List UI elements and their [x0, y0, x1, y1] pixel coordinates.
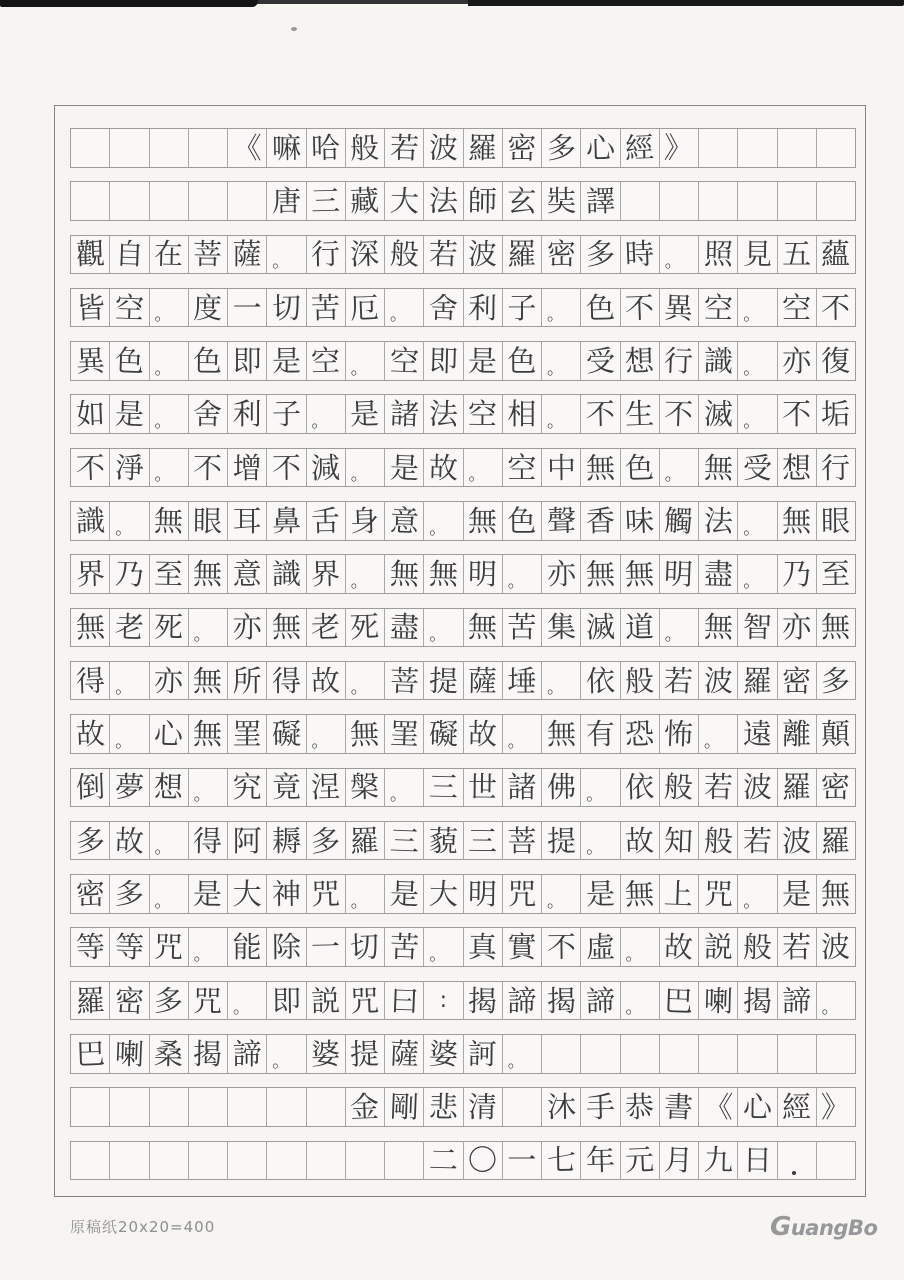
handwritten-character: 波 — [428, 128, 458, 167]
handwritten-character: 咒 — [507, 875, 536, 913]
grid-row: 無老死。亦無老死盡。無苦集滅道。無智亦無 — [70, 608, 856, 648]
handwritten-character: 恭 — [624, 1088, 654, 1127]
grid-cell: 知 — [660, 822, 699, 860]
grid-cell: 意 — [228, 555, 267, 593]
handwritten-character: 薩 — [389, 1034, 419, 1073]
grid-cell: 不 — [542, 928, 581, 966]
handwritten-character: 虛 — [585, 928, 615, 967]
handwritten-character: 罣 — [389, 714, 419, 753]
grid-cell: 。 — [581, 769, 620, 807]
grid-row: 故。心無罣礙。無罣礙故。無有恐怖。遠離顛 — [70, 714, 856, 754]
grid-cell: 若 — [660, 662, 699, 700]
handwritten-character: 意 — [389, 501, 419, 540]
grid-cell — [71, 129, 110, 167]
handwritten-character: 剛 — [389, 1088, 419, 1127]
grid-cell: 。 — [346, 662, 385, 700]
grid-cell — [738, 129, 777, 167]
handwritten-character: 竟 — [272, 768, 301, 806]
grid-cell: 無 — [464, 609, 503, 647]
handwritten-character: 度 — [193, 288, 222, 326]
handwritten-character: 無 — [389, 555, 419, 594]
grid-cell: 槃 — [346, 769, 385, 807]
grid-cell: 羅 — [346, 822, 385, 860]
handwritten-character: 除 — [272, 928, 301, 966]
grid-cell: 增 — [228, 449, 267, 487]
handwritten-character: 老 — [311, 608, 341, 647]
grid-cell: 是 — [385, 449, 424, 487]
grid-cell: 味 — [621, 502, 660, 540]
grid-cell: 色 — [503, 342, 542, 380]
grid-cell: 。 — [424, 928, 463, 966]
grid-cell: 中 — [542, 449, 581, 487]
handwritten-character: 心 — [743, 1088, 772, 1126]
grid-cell: 羅 — [464, 129, 503, 167]
grid-cell: 蘊 — [817, 236, 855, 274]
handwritten-character: 巴 — [75, 1034, 105, 1073]
grid-cell: 。 — [464, 449, 503, 487]
handwritten-character: 哈 — [311, 128, 341, 167]
handwritten-character: 真 — [468, 928, 497, 966]
handwritten-character: 乃 — [114, 555, 144, 594]
grid-cell: 滅 — [699, 395, 738, 433]
handwritten-character: 多 — [114, 874, 144, 913]
handwritten-character: 波 — [703, 661, 733, 700]
handwritten-character: 七 — [546, 1141, 575, 1179]
grid-cell: 。 — [346, 449, 385, 487]
grid-cell: 竟 — [267, 769, 306, 807]
grid-cell: 。 — [503, 1035, 542, 1073]
handwritten-character: 無 — [624, 555, 654, 594]
grid-cell: 。 — [189, 609, 228, 647]
handwritten-character: 老 — [114, 608, 144, 647]
handwritten-character: 是 — [193, 875, 222, 913]
grid-cell: 識 — [699, 342, 738, 380]
grid-cell: 〇 — [464, 1142, 503, 1180]
grid-cell: 色 — [621, 449, 660, 487]
handwritten-character: 色 — [585, 288, 615, 327]
grid-cell — [307, 1088, 346, 1126]
grid-cell: 。 — [150, 449, 189, 487]
grid-cell: 不 — [660, 395, 699, 433]
handwritten-character: 依 — [585, 661, 615, 700]
handwritten-character: 觸 — [664, 501, 694, 540]
grid-cell: 沐 — [542, 1088, 581, 1126]
grid-cell: 月 — [660, 1142, 699, 1180]
handwritten-character: 密 — [75, 874, 105, 913]
grid-cell: 無 — [189, 662, 228, 700]
grid-cell: 悲 — [424, 1088, 463, 1126]
grid-cell: 世 — [464, 769, 503, 807]
handwritten-character: 等 — [114, 928, 144, 967]
handwritten-character: 密 — [507, 129, 536, 167]
grid-cell: 無 — [621, 875, 660, 913]
grid-cell: 真 — [464, 928, 503, 966]
grid-cell: 般 — [385, 236, 424, 274]
handwritten-character: 是 — [272, 342, 301, 380]
grid-cell: 行 — [307, 236, 346, 274]
grid-cell: 苦 — [385, 928, 424, 966]
handwritten-character: 子 — [272, 395, 301, 433]
grid-cell: 時 — [621, 236, 660, 274]
handwritten-character: 咒 — [703, 875, 733, 914]
grid-cell: 所 — [228, 662, 267, 700]
handwritten-character: 究 — [233, 768, 262, 806]
grid-cell: 。 — [307, 395, 346, 433]
handwritten-character: 故 — [114, 821, 144, 860]
handwritten-character: 三 — [428, 768, 458, 807]
handwritten-punctuation: 。 — [272, 254, 289, 271]
grid-cell: 如 — [71, 395, 110, 433]
handwritten-character: 色 — [507, 502, 536, 540]
grid-cell: 識 — [267, 555, 306, 593]
handwritten-character: 揭 — [193, 1035, 222, 1073]
grid-cell: 》 — [817, 1088, 855, 1126]
grid-cell: 阿 — [228, 822, 267, 860]
grid-cell: 空 — [699, 289, 738, 327]
handwritten-character: 上 — [664, 874, 694, 913]
grid-cell: 。 — [581, 822, 620, 860]
handwritten-character: 識 — [703, 342, 733, 381]
handwritten-character: 諸 — [507, 768, 536, 806]
grid-cell: 。 — [150, 342, 189, 380]
grid-cell: 故 — [424, 449, 463, 487]
grid-cell — [150, 1088, 189, 1126]
grid-row: 倒夢想。究竟涅槃。三世諸佛。依般若波羅密 — [70, 768, 856, 808]
grid-cell: 香 — [581, 502, 620, 540]
handwritten-character: 埵 — [507, 662, 536, 700]
grid-cell — [778, 182, 817, 220]
handwritten-character: 自 — [114, 235, 144, 274]
handwritten-character: 月 — [664, 1141, 694, 1180]
handwritten-character: 識 — [75, 501, 105, 540]
handwritten-punctuation: 。 — [822, 1000, 839, 1017]
handwritten-punctuation: 。 — [155, 467, 172, 484]
grid-cell: 菩 — [503, 822, 542, 860]
grid-cell: 無 — [189, 555, 228, 593]
grid-cell — [228, 1142, 267, 1180]
grid-row: 異色。色即是空。空即是色。受想行識。亦復 — [70, 341, 856, 381]
grid-cell: 不 — [581, 395, 620, 433]
handwritten-character: 時 — [624, 235, 654, 274]
handwritten-character: 空 — [311, 342, 341, 381]
grid-cell: 。 — [738, 875, 777, 913]
handwritten-character: 無 — [624, 874, 654, 913]
grid-cell: 恭 — [621, 1088, 660, 1126]
grid-cell: 經 — [621, 129, 660, 167]
handwritten-punctuation: 。 — [626, 1000, 643, 1017]
handwritten-character: 盡 — [389, 608, 419, 647]
grid-cell — [817, 1035, 855, 1073]
grid-cell: 乃 — [110, 555, 149, 593]
handwritten-character: 行 — [821, 448, 850, 486]
handwritten-character: 三 — [389, 821, 419, 860]
handwritten-punctuation: 。 — [547, 361, 564, 378]
grid-cell: 無 — [150, 502, 189, 540]
handwritten-character: 》 — [664, 128, 694, 167]
grid-cell: 死 — [150, 609, 189, 647]
handwritten-character: 明 — [468, 555, 497, 593]
handwritten-character: 空 — [782, 289, 811, 327]
grid-cell — [778, 129, 817, 167]
grid-cell: 鼻 — [267, 502, 306, 540]
grid-cell: 罣 — [385, 715, 424, 753]
grid-cell: 想 — [778, 449, 817, 487]
grid-cell: 相 — [503, 395, 542, 433]
handwritten-punctuation: 。 — [586, 787, 603, 804]
handwritten-character: 〇 — [468, 1141, 497, 1179]
handwritten-character: 耨 — [272, 821, 301, 859]
handwritten-character: 説 — [703, 928, 733, 967]
grid-cell — [189, 182, 228, 220]
grid-cell: 遠 — [738, 715, 777, 753]
handwritten-character: 若 — [743, 821, 772, 859]
grid-row: 多故。得阿耨多羅三藐三菩提。故知般若波羅 — [70, 821, 856, 861]
handwritten-character: 大 — [233, 875, 262, 913]
grid-cell: 密 — [778, 662, 817, 700]
grid-cell: 亦 — [778, 342, 817, 380]
grid-cell: 揭 — [189, 1035, 228, 1073]
handwritten-character: 菩 — [193, 235, 222, 273]
handwritten-character: 密 — [821, 768, 850, 806]
handwritten-character: 薩 — [233, 235, 262, 273]
manuscript-grid: 《嘛哈般若波羅密多心經》唐三藏大法師玄奘譯觀自在菩薩。行深般若波羅密多時。照見五… — [70, 128, 856, 1180]
logo-letter-g: G — [770, 1212, 791, 1242]
grid-cell: 得 — [71, 662, 110, 700]
logo-text: uangBo — [791, 1216, 878, 1240]
handwritten-punctuation: 。 — [155, 361, 172, 378]
handwritten-character: 利 — [233, 395, 262, 433]
grid-cell: 咒 — [307, 875, 346, 913]
handwritten-character: 譯 — [585, 182, 615, 221]
grid-cell: 法 — [424, 182, 463, 220]
grid-cell — [71, 1088, 110, 1126]
handwritten-character: 無 — [585, 448, 615, 487]
grid-cell — [189, 129, 228, 167]
grid-cell: 神 — [267, 875, 306, 913]
grid-cell: 經 — [778, 1088, 817, 1126]
grid-cell: 。 — [542, 662, 581, 700]
grid-row: 《嘛哈般若波羅密多心經》 — [70, 128, 856, 168]
handwritten-punctuation: 。 — [351, 680, 368, 697]
grid-cell — [817, 129, 855, 167]
grid-cell: 元 — [621, 1142, 660, 1180]
grid-cell: 嘛 — [267, 129, 306, 167]
handwritten-character: 空 — [507, 449, 536, 487]
grid-cell: 。 — [110, 662, 149, 700]
grid-cell: 觸 — [660, 502, 699, 540]
grid-cell: 得 — [267, 662, 306, 700]
grid-cell: 耳 — [228, 502, 267, 540]
grid-cell: 觀 — [71, 236, 110, 274]
grid-cell: 故 — [621, 822, 660, 860]
grid-cell: 多 — [817, 662, 855, 700]
handwritten-punctuation: 。 — [351, 574, 368, 591]
handwritten-character: 提 — [428, 661, 458, 700]
handwritten-character: 諦 — [585, 981, 615, 1020]
handwritten-character: 無 — [193, 662, 222, 700]
grid-cell: 想 — [621, 342, 660, 380]
grid-cell: 厄 — [346, 289, 385, 327]
handwritten-character: 説 — [311, 981, 341, 1020]
handwritten-character: 智 — [743, 608, 772, 646]
grid-cell: 無 — [346, 715, 385, 753]
grid-cell: 舍 — [424, 289, 463, 327]
handwritten-punctuation: 。 — [547, 680, 564, 697]
handwritten-character: 得 — [193, 821, 222, 859]
handwritten-character: 中 — [546, 448, 575, 486]
grid-cell: 藐 — [424, 822, 463, 860]
grid-cell: 皆 — [71, 289, 110, 327]
handwritten-character: 空 — [468, 395, 497, 433]
handwritten-punctuation: 。 — [429, 947, 446, 964]
handwritten-punctuation: 。 — [390, 787, 407, 804]
handwritten-character: 利 — [468, 288, 497, 326]
grid-cell: 除 — [267, 928, 306, 966]
handwritten-character: 夢 — [114, 768, 144, 807]
handwritten-character: 諦 — [507, 982, 536, 1020]
grid-cell: 。 — [621, 982, 660, 1020]
handwritten-character: 明 — [664, 555, 694, 594]
grid-cell: 子 — [267, 395, 306, 433]
grid-cell: 依 — [581, 662, 620, 700]
grid-cell: 。 — [738, 342, 777, 380]
grid-cell: 諦 — [778, 982, 817, 1020]
grid-cell: 苦 — [307, 289, 346, 327]
handwritten-character: 無 — [546, 715, 575, 753]
grid-cell: 無 — [817, 609, 855, 647]
grid-cell: 舌 — [307, 502, 346, 540]
grid-cell: 故 — [71, 715, 110, 753]
handwritten-character: 眼 — [193, 502, 222, 540]
handwritten-character: 無 — [193, 555, 222, 593]
grid-cell: 若 — [424, 236, 463, 274]
grid-cell: 譯 — [581, 182, 620, 220]
grid-cell: 深 — [346, 236, 385, 274]
handwritten-character: 揭 — [743, 981, 772, 1019]
grid-cell — [110, 1088, 149, 1126]
handwritten-character: 恐 — [624, 714, 654, 753]
grid-cell: 色 — [189, 342, 228, 380]
grid-cell: 究 — [228, 769, 267, 807]
grid-cell: 利 — [464, 289, 503, 327]
grid-row: 皆空。度一切苦厄。舍利子。色不異空。空不 — [70, 288, 856, 328]
grid-cell: 明 — [660, 555, 699, 593]
grid-cell: 識 — [71, 502, 110, 540]
grid-cell: 《 — [228, 129, 267, 167]
handwritten-character: 不 — [821, 288, 850, 326]
grid-cell: 。 — [738, 395, 777, 433]
grid-cell: 亦 — [228, 609, 267, 647]
handwritten-character: 多 — [546, 129, 575, 167]
handwritten-character: 喇 — [114, 1034, 144, 1073]
handwritten-character: 一 — [233, 289, 262, 327]
grid-cell: 不 — [189, 449, 228, 487]
grid-cell: 智 — [738, 609, 777, 647]
handwritten-punctuation: 。 — [469, 467, 486, 484]
handwritten-character: 般 — [389, 235, 419, 274]
handwritten-character: 波 — [468, 235, 497, 273]
handwritten-character: 清 — [468, 1088, 497, 1126]
grid-cell: 不 — [71, 449, 110, 487]
handwritten-character: 想 — [782, 449, 811, 487]
handwritten-character: 羅 — [782, 768, 811, 806]
handwritten-character: 是 — [114, 395, 144, 434]
grid-cell: 聲 — [542, 502, 581, 540]
handwritten-character: 生 — [624, 395, 654, 434]
grid-cell: 藏 — [346, 182, 385, 220]
grid-cell: 空 — [385, 342, 424, 380]
handwritten-character: 多 — [154, 981, 184, 1020]
grid-cell: 減 — [307, 449, 346, 487]
grid-cell: 玄 — [503, 182, 542, 220]
grid-cell: 至 — [150, 555, 189, 593]
handwritten-character: 無 — [468, 502, 497, 540]
grid-cell: 無 — [621, 555, 660, 593]
grid-cell — [817, 182, 855, 220]
handwritten-character: 無 — [821, 608, 850, 646]
handwritten-punctuation: 。 — [155, 894, 172, 911]
handwritten-character: 羅 — [75, 981, 105, 1020]
grid-cell: 説 — [699, 928, 738, 966]
grid-row: 二〇一七年元月九日 — [70, 1141, 856, 1181]
handwritten-character: 若 — [703, 768, 733, 807]
grid-cell — [581, 1035, 620, 1073]
grid-cell: 即 — [267, 982, 306, 1020]
grid-cell — [307, 1142, 346, 1180]
grid-cell: 三 — [424, 769, 463, 807]
grid-cell: 想 — [150, 769, 189, 807]
grid-cell: 復 — [817, 342, 855, 380]
grid-cell: 空 — [778, 289, 817, 327]
handwritten-character: 礙 — [272, 715, 301, 753]
grid-cell: 自 — [110, 236, 149, 274]
grid-cell: 道 — [621, 609, 660, 647]
handwritten-character: 不 — [272, 448, 301, 486]
handwritten-character: 般 — [624, 661, 654, 700]
handwritten-punctuation: 。 — [743, 521, 760, 538]
grid-row: 羅密多咒。即説咒曰:揭諦揭諦。巴喇揭諦。 — [70, 981, 856, 1021]
grid-cell: 桑 — [150, 1035, 189, 1073]
handwritten-punctuation: 。 — [508, 734, 525, 751]
handwritten-character: 般 — [743, 928, 772, 966]
grid-cell: 一 — [228, 289, 267, 327]
grid-cell: 不 — [621, 289, 660, 327]
handwritten-character: 揭 — [546, 981, 575, 1019]
handwritten-character: 減 — [311, 448, 341, 487]
handwritten-character: 涅 — [311, 768, 341, 807]
grid-cell: 得 — [189, 822, 228, 860]
handwritten-character: 即 — [428, 342, 458, 381]
grid-cell: 罣 — [228, 715, 267, 753]
grid-cell: 多 — [581, 236, 620, 274]
handwritten-punctuation: 。 — [272, 1054, 289, 1071]
grid-row: 金剛悲清沐手恭書《心經》 — [70, 1087, 856, 1127]
handwritten-punctuation: 。 — [155, 414, 172, 431]
handwritten-punctuation: 。 — [233, 1000, 250, 1017]
handwritten-character: 意 — [233, 555, 262, 593]
handwritten-punctuation: 。 — [743, 414, 760, 431]
handwritten-character: 般 — [350, 128, 380, 167]
handwritten-character: 復 — [821, 342, 850, 380]
grid-cell: 能 — [228, 928, 267, 966]
grid-cell: 老 — [307, 609, 346, 647]
grid-cell: 波 — [817, 928, 855, 966]
handwritten-character: 故 — [428, 448, 458, 487]
grid-cell: 密 — [817, 769, 855, 807]
grid-cell: 法 — [424, 395, 463, 433]
grid-cell: 奘 — [542, 182, 581, 220]
grid-cell: 受 — [581, 342, 620, 380]
